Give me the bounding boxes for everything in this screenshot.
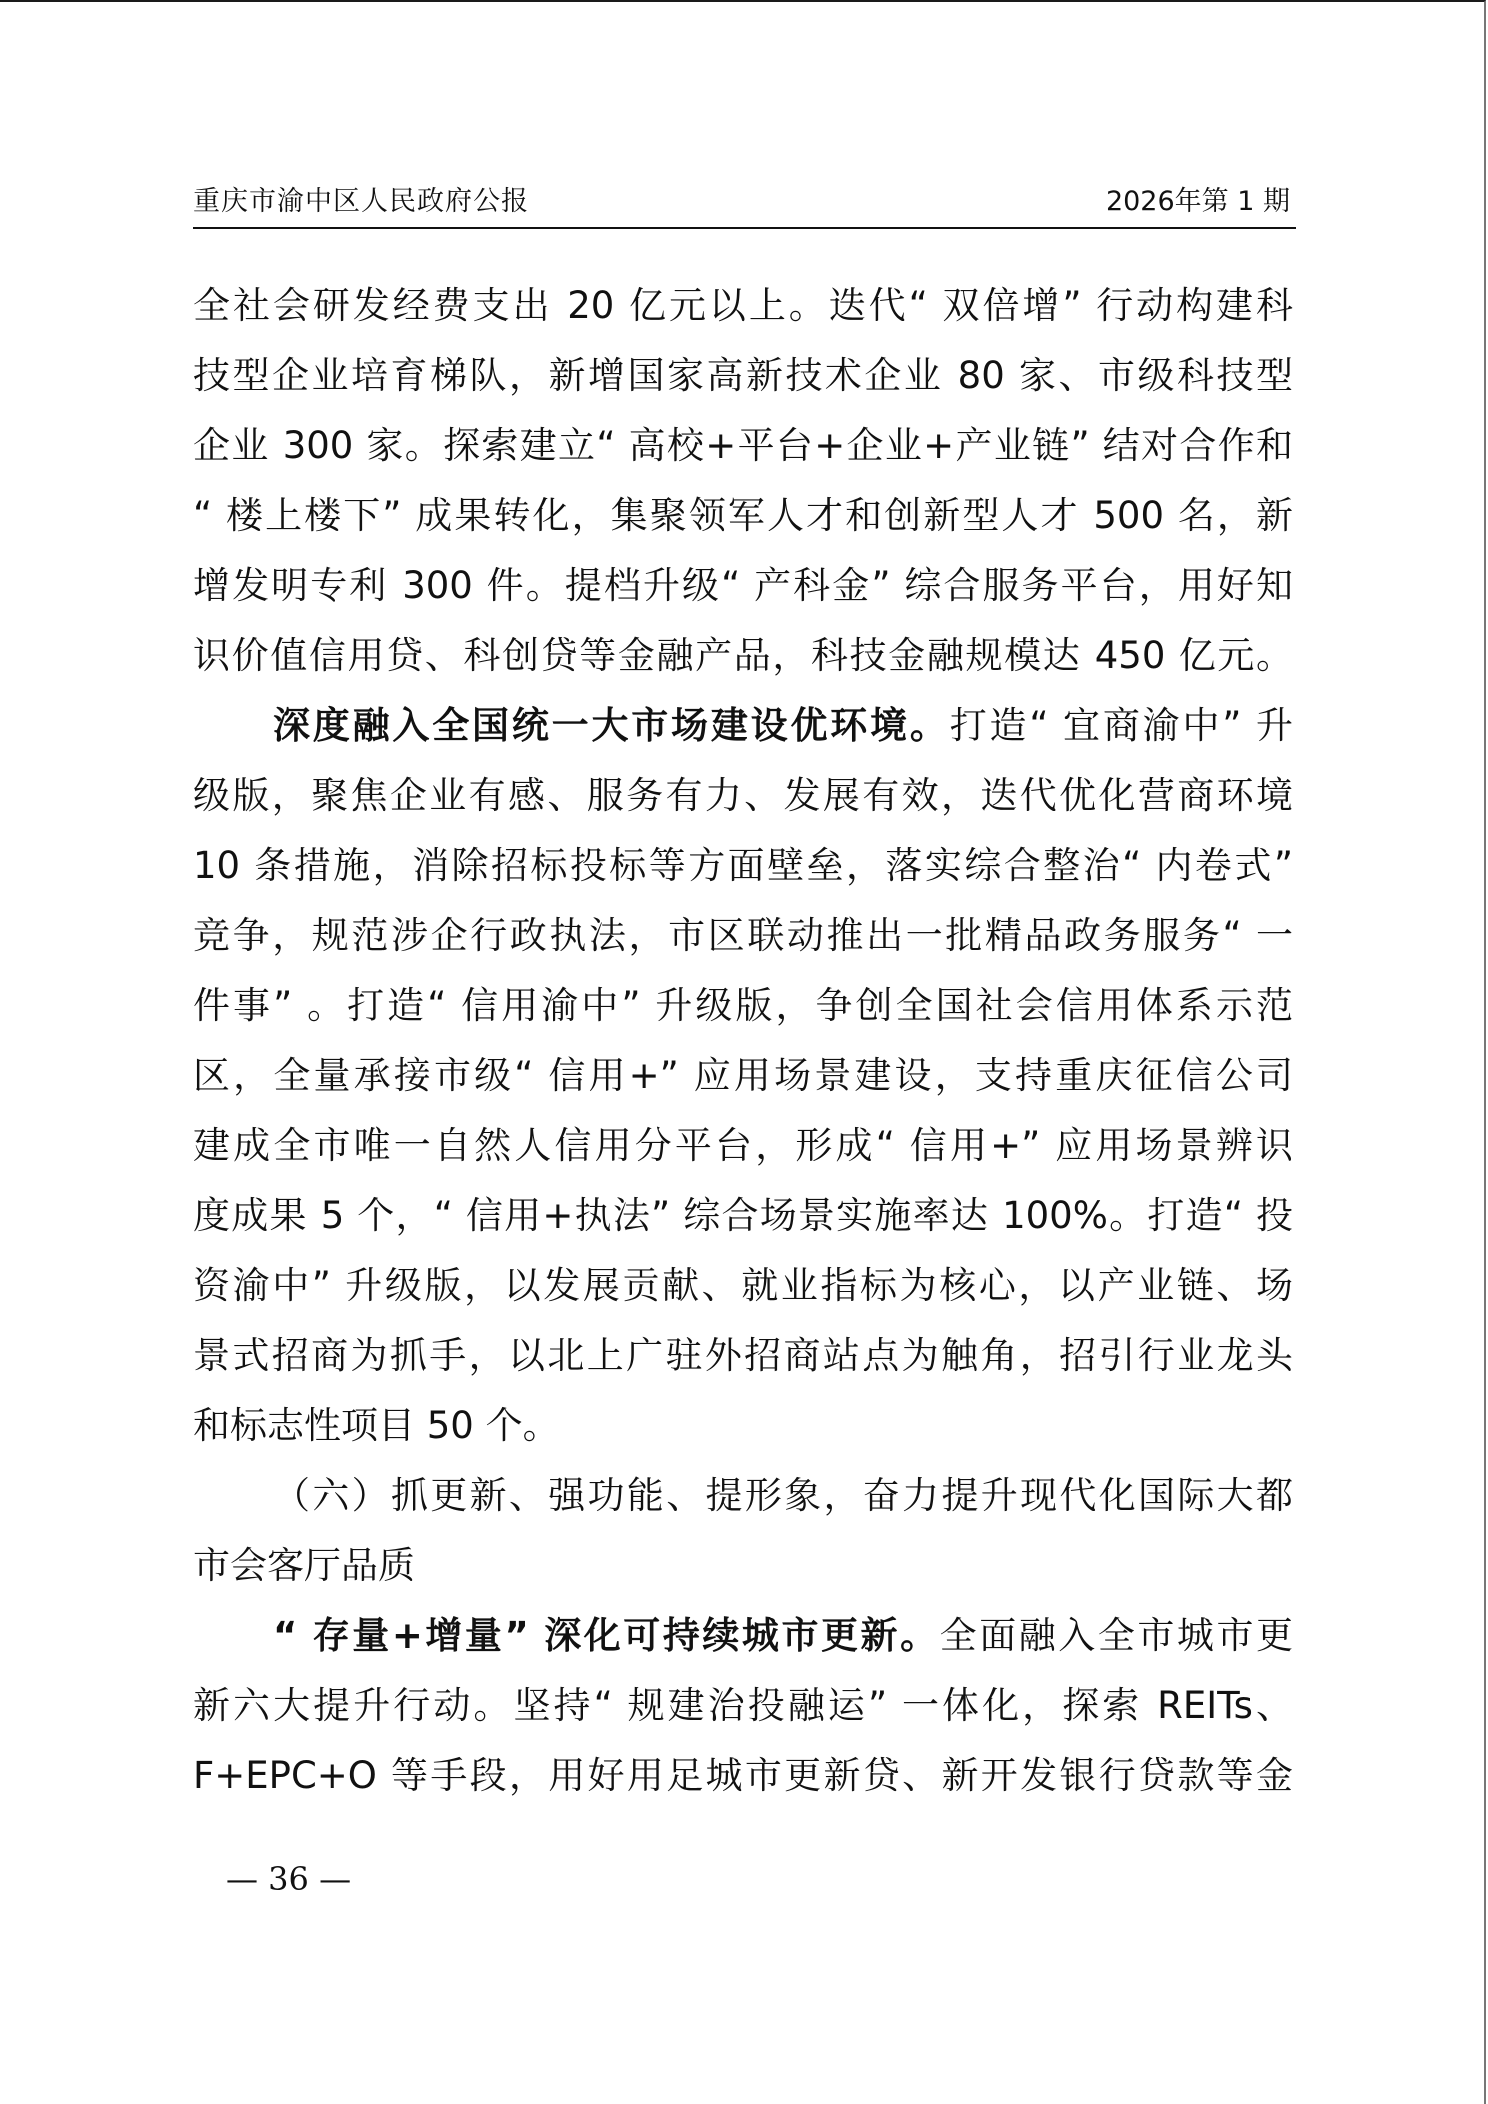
text-line: 增发明专利 300 件。提档升级“ 产科金” 综合服务平台，用好知 xyxy=(193,558,1293,628)
text-run: 全面融入全市城市更 xyxy=(940,1614,1293,1657)
text-line: 景式招商为抓手，以北上广驻外招商站点为触角，招引行业龙头 xyxy=(193,1328,1293,1398)
text-line: 10 条措施，消除招标投标等方面壁垒，落实综合整治“ 内卷式” xyxy=(193,838,1293,908)
text-run: 打造“ 宜商渝中” 升 xyxy=(950,704,1293,747)
body-text: 全社会研发经费支出 20 亿元以上。迭代“ 双倍增” 行动构建科 技型企业培育梯… xyxy=(193,278,1293,1818)
header-rule xyxy=(193,227,1296,229)
text-line: 度成果 5 个，“ 信用+执法” 综合场景实施率达 100%。打造“ 投 xyxy=(193,1188,1293,1258)
text-line: 级版，聚焦企业有感、服务有力、发展有效，迭代优化营商环境 xyxy=(193,768,1293,838)
text-line: 识价值信用贷、科创贷等金融产品，科技金融规模达 450 亿元。 xyxy=(193,628,1293,698)
section-heading: （六）抓更新、强功能、提形象，奋力提升现代化国际大都 xyxy=(193,1468,1293,1538)
text-line: 和标志性项目 50 个。 xyxy=(193,1398,1293,1468)
bold-lead-phrase: “ 存量+增量” 深化可持续城市更新。 xyxy=(273,1614,940,1657)
text-line: “ 楼上楼下” 成果转化，集聚领军人才和创新型人才 500 名，新 xyxy=(193,488,1293,558)
publication-title: 重庆市渝中区人民政府公报 xyxy=(193,182,529,222)
text-line: 全社会研发经费支出 20 亿元以上。迭代“ 双倍增” 行动构建科 xyxy=(193,278,1293,348)
text-line: 竞争，规范涉企行政执法，市区联动推出一批精品政务服务“ 一 xyxy=(193,908,1293,978)
document-page: 重庆市渝中区人民政府公报 2026年第 1 期 全社会研发经费支出 20 亿元以… xyxy=(0,0,1486,2104)
text-line: 建成全市唯一自然人信用分平台，形成“ 信用+” 应用场景辨识 xyxy=(193,1118,1293,1188)
page-number: — 36 — xyxy=(226,1860,351,1898)
issue-number: 2026年第 1 期 xyxy=(1106,182,1290,222)
text-line: 资渝中” 升级版，以发展贡献、就业指标为核心，以产业链、场 xyxy=(193,1258,1293,1328)
text-line: 件事” 。打造“ 信用渝中” 升级版，争创全国社会信用体系示范 xyxy=(193,978,1293,1048)
text-line: 企业 300 家。探索建立“ 高校+平台+企业+产业链” 结对合作和 xyxy=(193,418,1293,488)
paragraph-first-line: 深度融入全国统一大市场建设优环境。打造“ 宜商渝中” 升 xyxy=(193,698,1293,768)
section-heading: 市会客厅品质 xyxy=(193,1538,1293,1608)
paragraph-first-line: “ 存量+增量” 深化可持续城市更新。全面融入全市城市更 xyxy=(193,1608,1293,1678)
text-line: 新六大提升行动。坚持“ 规建治投融运” 一体化，探索 REITs、 xyxy=(193,1678,1293,1748)
text-line: 区，全量承接市级“ 信用+” 应用场景建设，支持重庆征信公司 xyxy=(193,1048,1293,1118)
text-line: 技型企业培育梯队，新增国家高新技术企业 80 家、市级科技型 xyxy=(193,348,1293,418)
bold-lead-phrase: 深度融入全国统一大市场建设优环境。 xyxy=(273,704,950,747)
text-line: F+EPC+O 等手段，用好用足城市更新贷、新开发银行贷款等金 xyxy=(193,1748,1293,1818)
